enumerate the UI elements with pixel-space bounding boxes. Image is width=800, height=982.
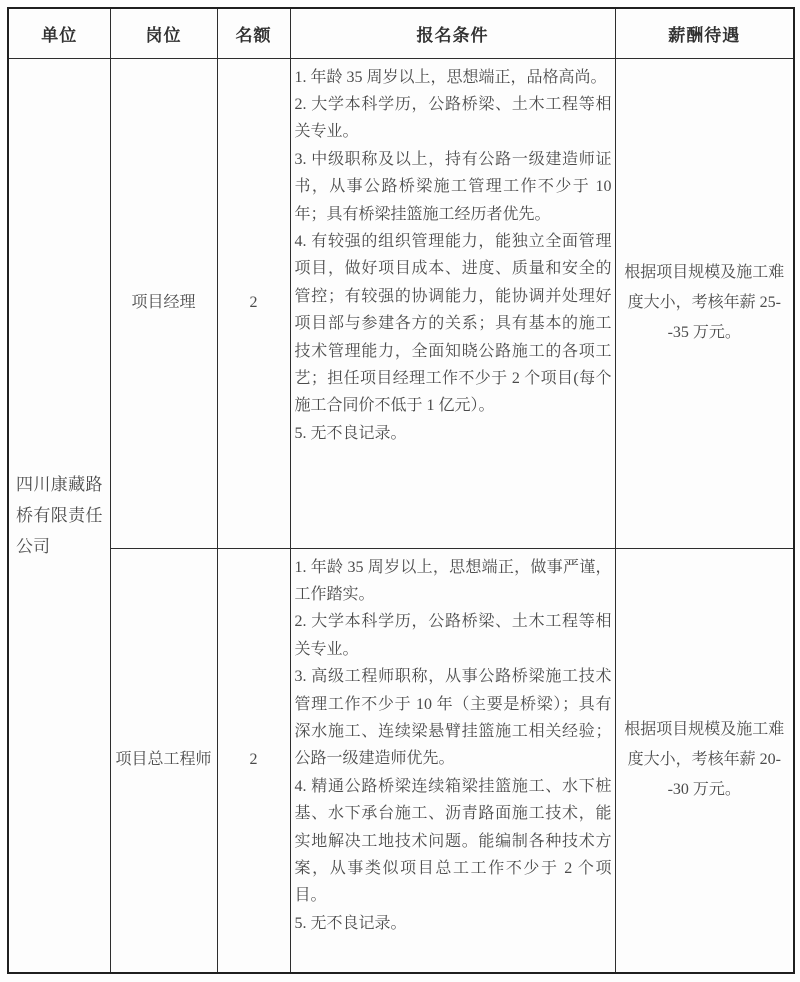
- requirement-item: 2. 大学本科学历，公路桥梁、土木工程等相关专业。: [295, 91, 612, 146]
- requirement-item: 5. 无不良记录。: [295, 910, 612, 937]
- requirement-item: 1. 年龄 35 周岁以上，思想端正，品格高尚。: [295, 64, 612, 91]
- requirement-item: 3. 高级工程师职称，从事公路桥梁施工技术管理工作不少于 10 年（主要是桥梁）…: [295, 663, 612, 773]
- recruitment-table: 单位 岗位 名额 报名条件 薪酬待遇 四川康藏路桥有限责任公司 项目经理 2 1…: [7, 7, 795, 974]
- requirement-item: 1. 年龄 35 周岁以上，思想端正，做事严谨，工作踏实。: [295, 554, 612, 609]
- table-header-row: 单位 岗位 名额 报名条件 薪酬待遇: [8, 8, 794, 58]
- unit-cell: 四川康藏路桥有限责任公司: [8, 58, 110, 973]
- position-cell: 项目经理: [110, 58, 217, 548]
- salary-cell: 根据项目规模及施工难度大小，考核年薪 25--35 万元。: [615, 58, 794, 548]
- table-row: 四川康藏路桥有限责任公司 项目经理 2 1. 年龄 35 周岁以上，思想端正，品…: [8, 58, 794, 548]
- header-cell-requirements: 报名条件: [290, 8, 615, 58]
- requirement-item: 4. 精通公路桥梁连续箱梁挂篮施工、水下桩基、水下承台施工、沥青路面施工技术，能…: [295, 773, 612, 910]
- requirement-item: 5. 无不良记录。: [295, 420, 612, 447]
- table-row: 项目总工程师 2 1. 年龄 35 周岁以上，思想端正，做事严谨，工作踏实。 2…: [8, 548, 794, 973]
- requirement-item: 2. 大学本科学历，公路桥梁、土木工程等相关专业。: [295, 608, 612, 663]
- salary-cell: 根据项目规模及施工难度大小，考核年薪 20--30 万元。: [615, 548, 794, 973]
- header-cell-position: 岗位: [110, 8, 217, 58]
- header-cell-quota: 名额: [217, 8, 290, 58]
- position-cell: 项目总工程师: [110, 548, 217, 973]
- requirement-item: 4. 有较强的组织管理能力，能独立全面管理项目，做好项目成本、进度、质量和安全的…: [295, 228, 612, 420]
- header-cell-unit: 单位: [8, 8, 110, 58]
- requirement-item: 3. 中级职称及以上，持有公路一级建造师证书，从事公路桥梁施工管理工作不少于 1…: [295, 146, 612, 228]
- requirements-cell: 1. 年龄 35 周岁以上，思想端正，做事严谨，工作踏实。 2. 大学本科学历，…: [290, 548, 615, 973]
- requirements-cell: 1. 年龄 35 周岁以上，思想端正，品格高尚。 2. 大学本科学历，公路桥梁、…: [290, 58, 615, 548]
- quota-cell: 2: [217, 58, 290, 548]
- document-page: 单位 岗位 名额 报名条件 薪酬待遇 四川康藏路桥有限责任公司 项目经理 2 1…: [0, 0, 800, 982]
- quota-cell: 2: [217, 548, 290, 973]
- header-cell-salary: 薪酬待遇: [615, 8, 794, 58]
